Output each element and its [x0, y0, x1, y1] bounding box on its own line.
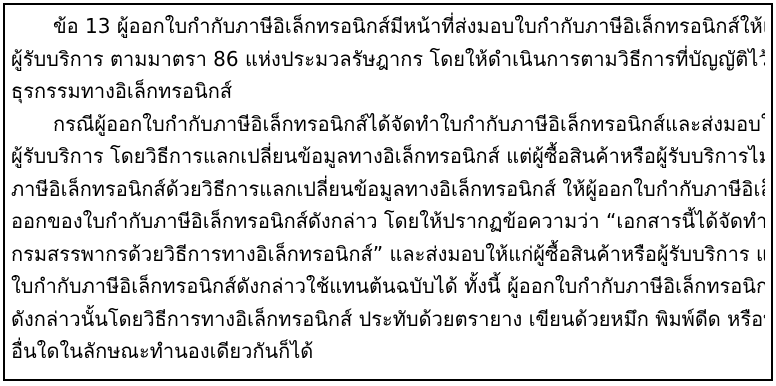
paragraph1-line3: ธุรกรรมทางอิเล็กทรอนิกส์ [11, 75, 765, 108]
paragraph2-line3: ภาษีอิเล็กทรอนิกส์ด้วยวิธีการแลกเปลี่ยนข… [11, 173, 765, 206]
paragraph2-line4: ออกของใบกำกับภาษีอิเล็กทรอนิกส์ดังกล่าว … [11, 205, 765, 238]
paragraph2-line1: กรณีผู้ออกใบกำกับภาษีอิเล็กทรอนิกส์ได้จั… [11, 108, 765, 141]
paragraph2-line5: กรมสรรพากรด้วยวิธีการทางอิเล็กทรอนิกส์” … [11, 238, 765, 271]
document-page: ข้อ 13 ผู้ออกใบกำกับภาษีอิเล็กทรอนิกส์มี… [0, 0, 776, 386]
document-border-box: ข้อ 13 ผู้ออกใบกำกับภาษีอิเล็กทรอนิกส์มี… [3, 3, 773, 381]
paragraph1-line1: ข้อ 13 ผู้ออกใบกำกับภาษีอิเล็กทรอนิกส์มี… [11, 10, 765, 43]
paragraph1-line2: ผู้รับบริการ ตามมาตรา 86 แห่งประมวลรัษฎา… [11, 43, 765, 76]
paragraph2-line6: ใบกำกับภาษีอิเล็กทรอนิกส์ดังกล่าวใช้แทนต… [11, 270, 765, 303]
paragraph2-line7: ดังกล่าวนั้นโดยวิธีการทางอิเล็กทรอนิกส์ … [11, 303, 765, 336]
paragraph2-line2: ผู้รับบริการ โดยวิธีการแลกเปลี่ยนข้อมูลท… [11, 140, 765, 173]
paragraph2-line8: อื่นใดในลักษณะทำนองเดียวกันก็ได้ [11, 335, 765, 368]
